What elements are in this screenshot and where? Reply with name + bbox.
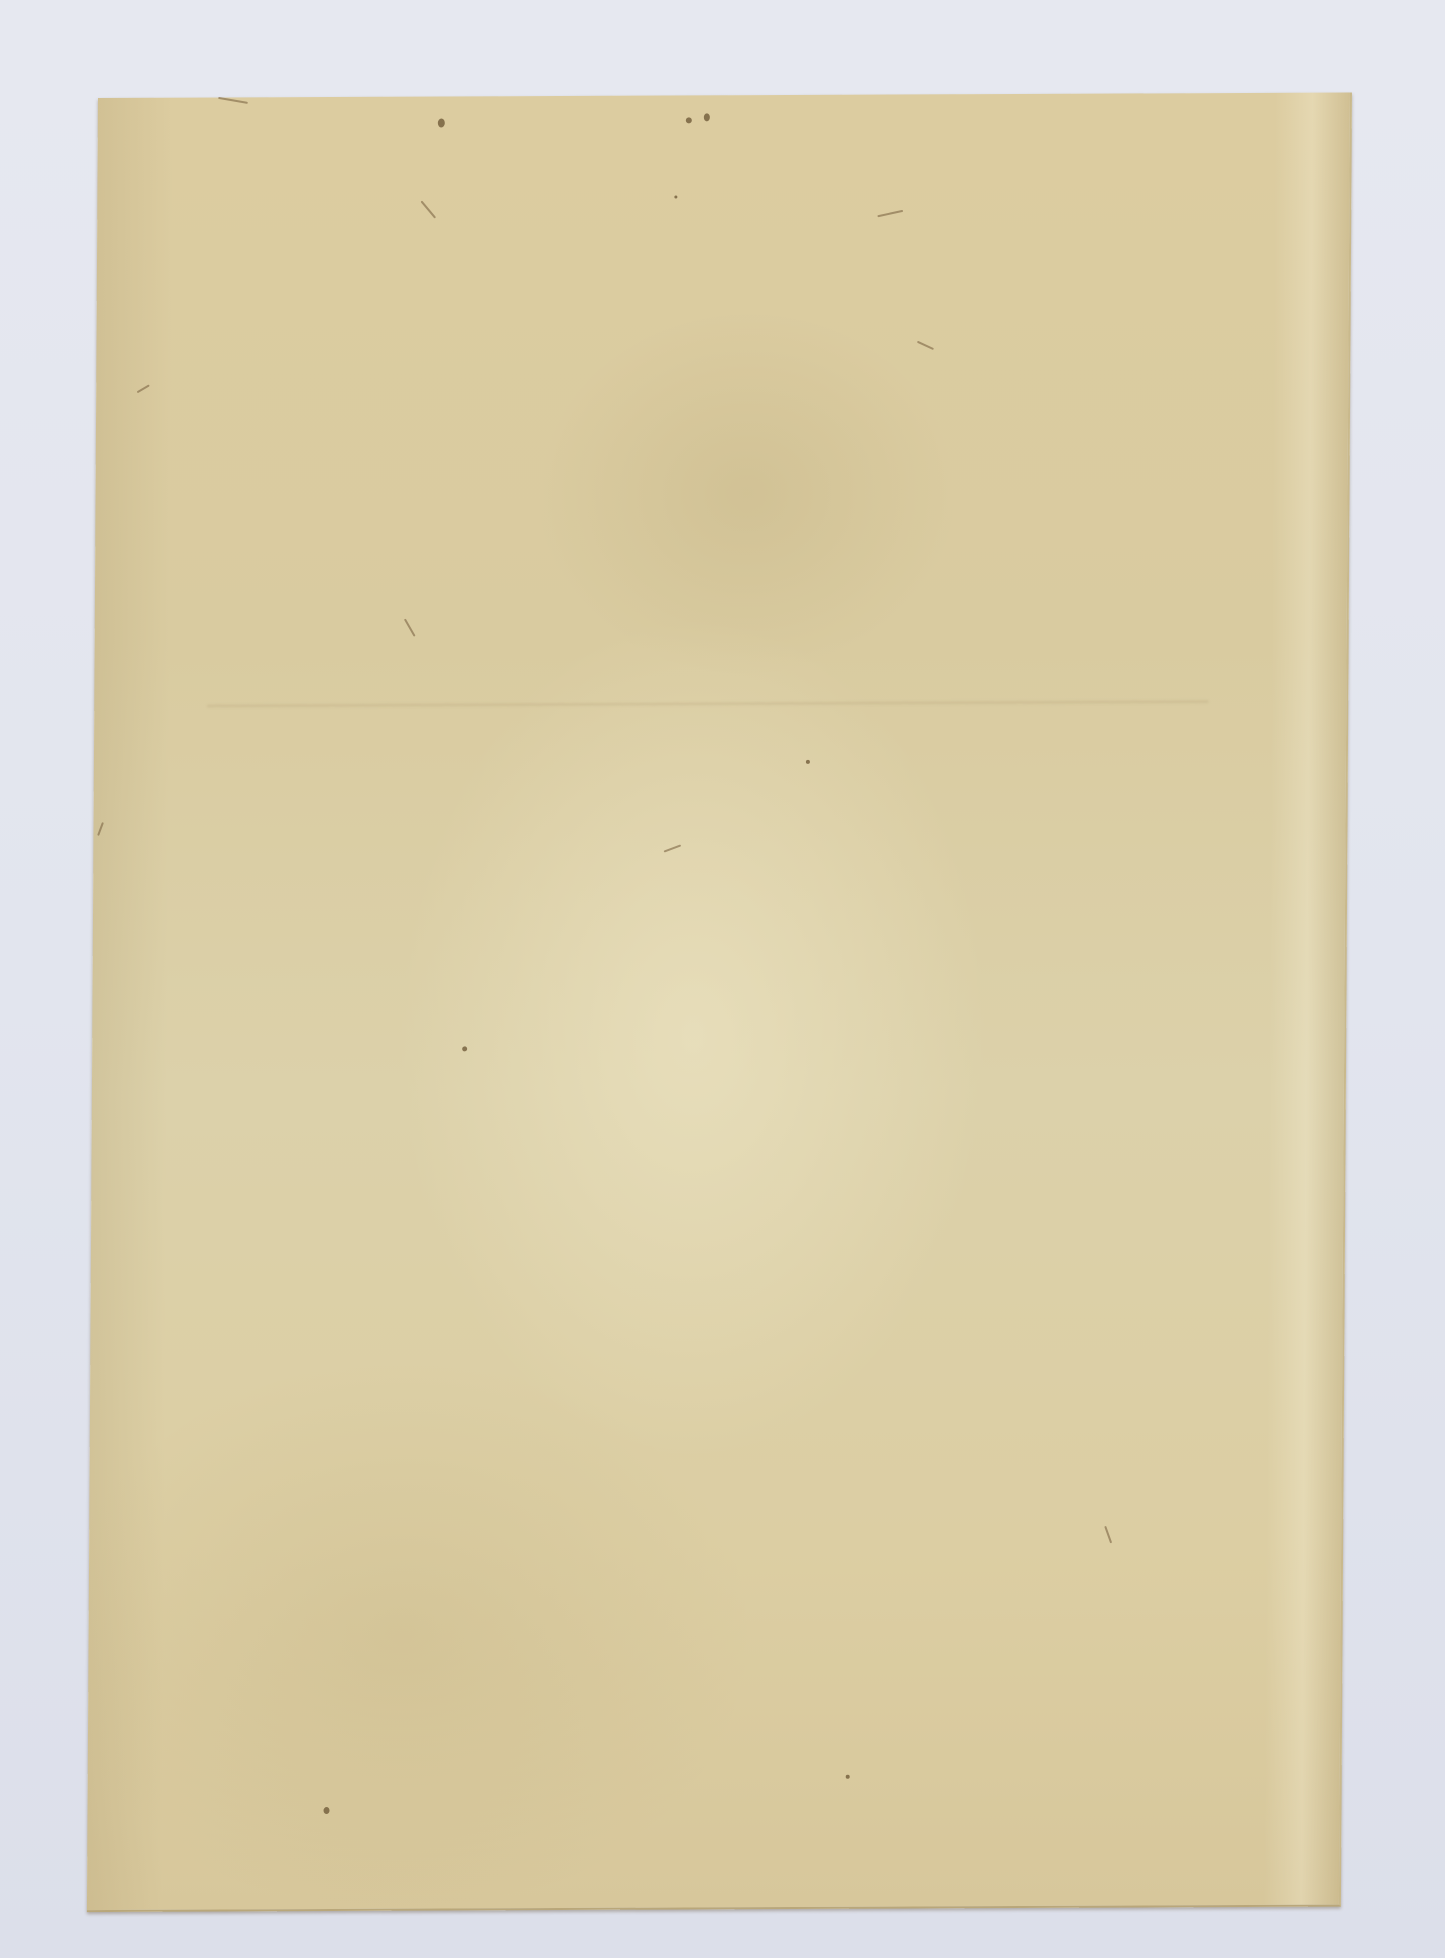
- paper-speck: [686, 117, 692, 123]
- paper-fiber: [97, 822, 104, 836]
- paper-fiber: [664, 844, 682, 852]
- paper-fiber: [404, 619, 416, 637]
- paper-speck: [846, 1775, 850, 1779]
- paper-fiber: [1104, 1526, 1112, 1544]
- paper-speck: [806, 760, 810, 764]
- paper-speck: [438, 118, 445, 127]
- paper-fiber: [877, 210, 903, 217]
- paper-speck: [462, 1046, 467, 1051]
- paper-speck: [674, 195, 677, 198]
- paper-speck: [324, 1807, 330, 1814]
- aged-paper-sheet: [87, 93, 1352, 1913]
- faint-bleed-through-line: [207, 700, 1209, 707]
- paper-fiber: [218, 97, 248, 104]
- paper-fiber: [421, 201, 437, 219]
- paper-speck: [704, 113, 710, 121]
- paper-fiber: [137, 384, 150, 393]
- paper-fiber: [917, 341, 934, 350]
